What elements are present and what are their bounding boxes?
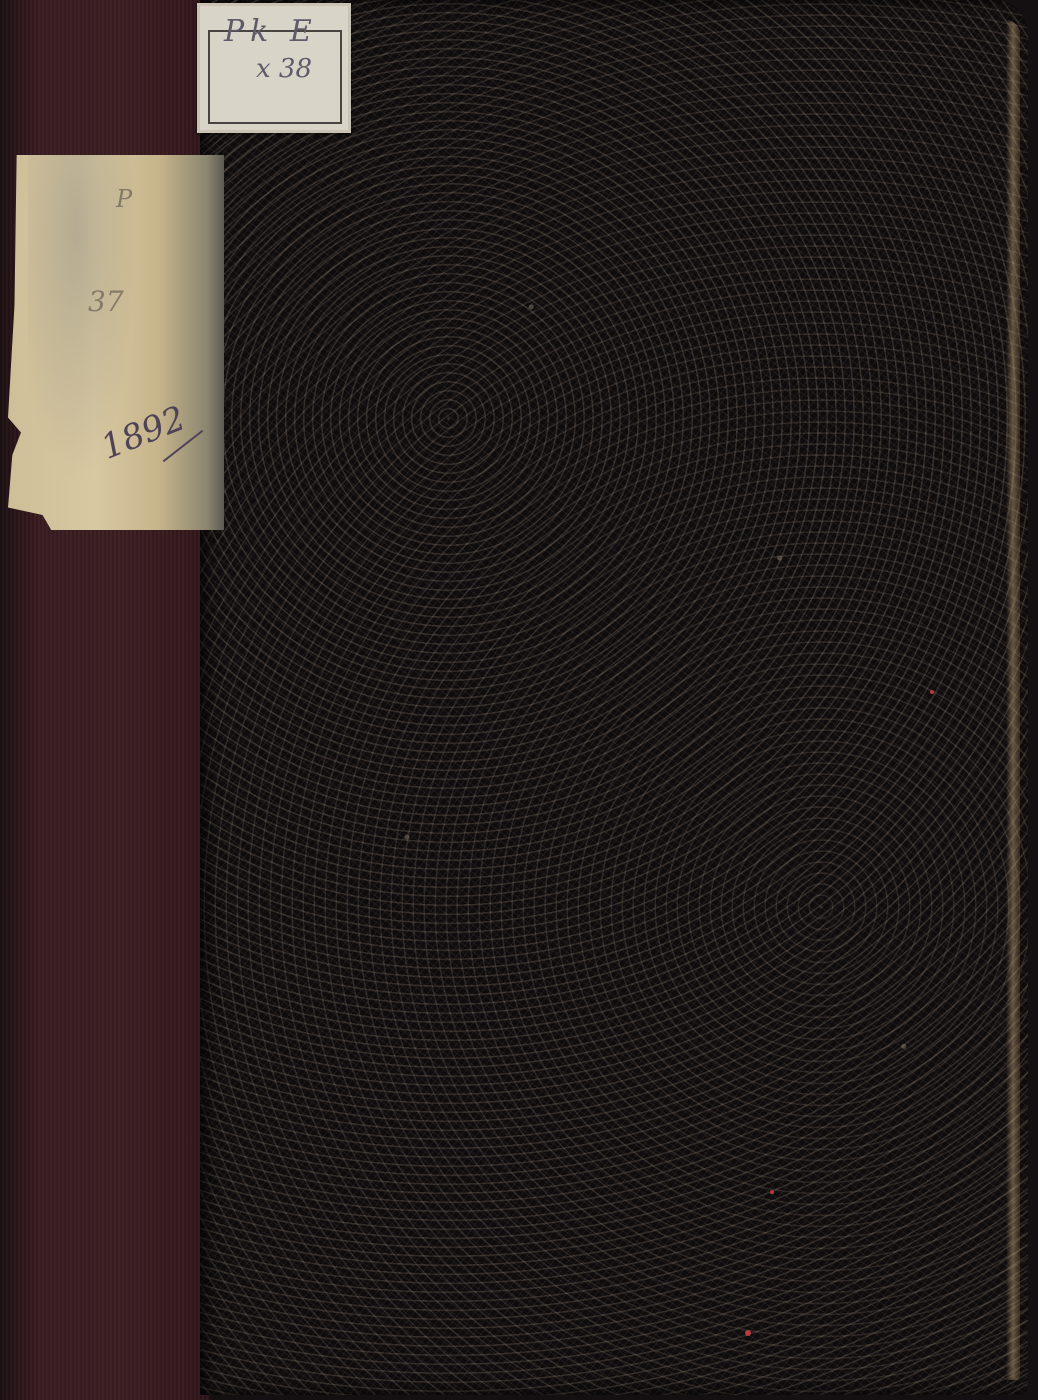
sticker-shelfmark: Pk E <box>224 14 318 49</box>
library-sticker: Pk E x 38 <box>197 3 351 133</box>
board-edge <box>1006 20 1020 1380</box>
red-speck <box>770 1190 774 1194</box>
label-mark: P <box>116 185 132 213</box>
marbled-board <box>200 0 1028 1395</box>
spine-paper-label: P 37 1892 <box>8 155 224 530</box>
label-volume: 37 <box>88 285 124 318</box>
sticker-number: x 38 <box>256 54 312 84</box>
red-speck <box>745 1330 751 1336</box>
red-speck <box>930 690 934 694</box>
label-year: 1892 <box>96 398 191 468</box>
book-cover-photo: Pk E x 38 P 37 1892 <box>0 0 1038 1400</box>
